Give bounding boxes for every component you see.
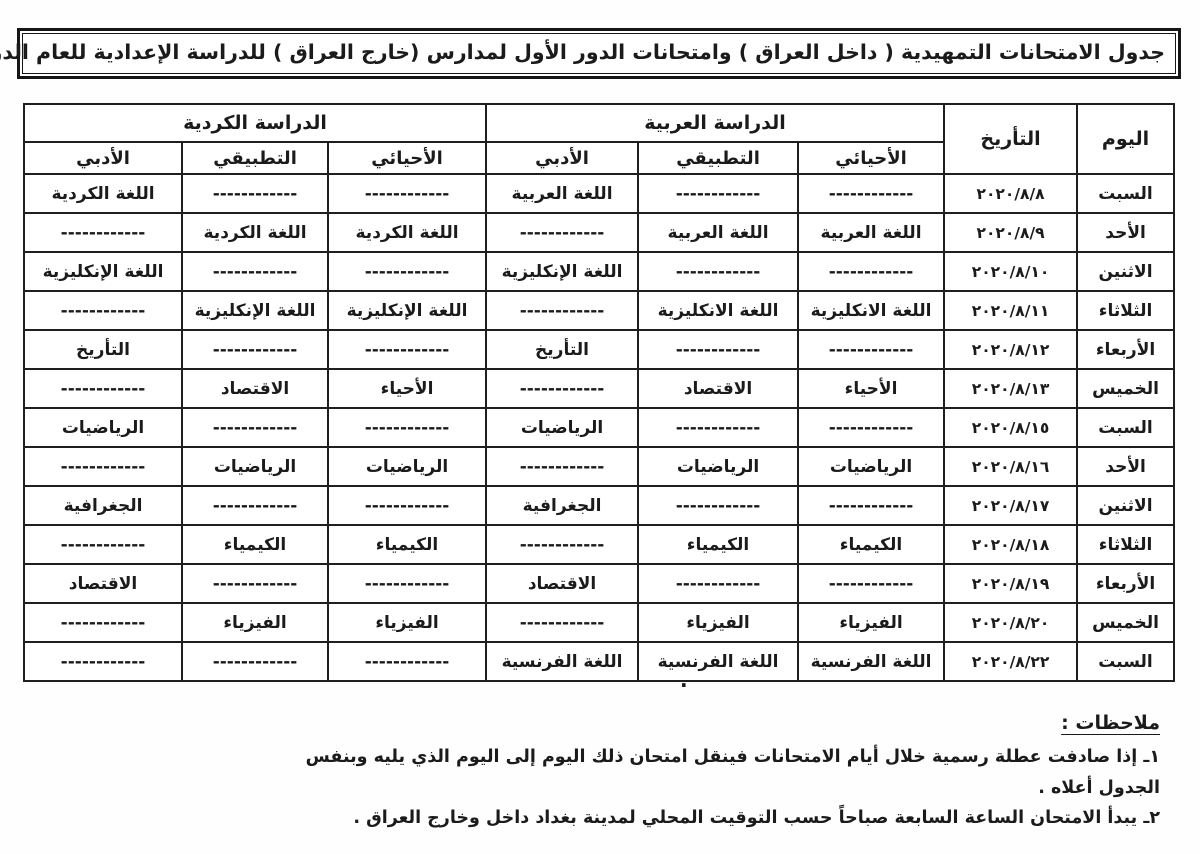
kurdish-literary-cell: الاقتصاد — [24, 564, 182, 603]
kurdish-applied-cell: الرياضيات — [182, 447, 328, 486]
day-cell: الأحد — [1077, 447, 1174, 486]
kurdish-biology-cell: الأحياء — [328, 369, 486, 408]
date-cell: ٢٠٢٠/٨/١٦ — [944, 447, 1077, 486]
date-cell: ٢٠٢٠/٨/١٧ — [944, 486, 1077, 525]
date-cell: ٢٠٢٠/٨/١٢ — [944, 330, 1077, 369]
kurdish-applied-cell: ------------ — [182, 486, 328, 525]
kurdish-literary-header: الأدبي — [24, 142, 182, 174]
arabic-applied-cell: اللغة الانكليزية — [638, 291, 798, 330]
kurdish-applied-cell: ------------ — [182, 564, 328, 603]
arabic-literary-cell: ------------ — [486, 291, 638, 330]
arabic-literary-cell: ------------ — [486, 525, 638, 564]
arabic-literary-cell: ------------ — [486, 213, 638, 252]
arabic-applied-cell: ------------ — [638, 330, 798, 369]
kurdish-biology-cell: ------------ — [328, 174, 486, 213]
arabic-biology-cell: الفيزياء — [798, 603, 944, 642]
table-row: الخميس ٢٠٢٠/٨/١٣ الأحياء الاقتصاد ------… — [24, 369, 1174, 408]
kurdish-applied-cell: ------------ — [182, 174, 328, 213]
arabic-literary-cell: اللغة العربية — [486, 174, 638, 213]
table-row: الاثنين ٢٠٢٠/٨/١٧ ------------ ---------… — [24, 486, 1174, 525]
kurdish-biology-cell: ------------ — [328, 642, 486, 681]
arabic-literary-cell: التأريخ — [486, 330, 638, 369]
arabic-applied-cell: اللغة الفرنسية — [638, 642, 798, 681]
kurdish-biology-cell: ------------ — [328, 330, 486, 369]
day-cell: السبت — [1077, 408, 1174, 447]
date-cell: ٢٠٢٠/٨/١٩ — [944, 564, 1077, 603]
kurdish-applied-cell: اللغة الكردية — [182, 213, 328, 252]
kurdish-literary-cell: الرياضيات — [24, 408, 182, 447]
arabic-literary-cell: اللغة الإنكليزية — [486, 252, 638, 291]
note-item-2: ٢ـ يبدأ الامتحان الساعة السابعة صباحاً ح… — [40, 803, 1160, 834]
table-row: الأحد ٢٠٢٠/٨/١٦ الرياضيات الرياضيات ----… — [24, 447, 1174, 486]
table-row: الاثنين ٢٠٢٠/٨/١٠ ------------ ---------… — [24, 252, 1174, 291]
arabic-applied-cell: الاقتصاد — [638, 369, 798, 408]
arabic-applied-cell: ------------ — [638, 564, 798, 603]
arabic-applied-cell: ------------ — [638, 252, 798, 291]
arabic-applied-cell: ------------ — [638, 174, 798, 213]
kurdish-applied-cell: ------------ — [182, 330, 328, 369]
note-item-1: ١ـ إذا صادفت عطلة رسمية خلال أيام الامتح… — [40, 742, 1160, 803]
arabic-literary-cell: ------------ — [486, 447, 638, 486]
table-row: الأربعاء ٢٠٢٠/٨/١٩ ------------ --------… — [24, 564, 1174, 603]
kurdish-literary-cell: اللغة الكردية — [24, 174, 182, 213]
kurdish-applied-cell: الاقتصاد — [182, 369, 328, 408]
date-cell: ٢٠٢٠/٨/١٣ — [944, 369, 1077, 408]
arabic-applied-cell: الرياضيات — [638, 447, 798, 486]
kurdish-literary-cell: ------------ — [24, 603, 182, 642]
arabic-literary-cell: الاقتصاد — [486, 564, 638, 603]
table-row: الأربعاء ٢٠٢٠/٨/١٢ ------------ --------… — [24, 330, 1174, 369]
arabic-applied-cell: الكيمياء — [638, 525, 798, 564]
arabic-biology-cell: ------------ — [798, 564, 944, 603]
arabic-applied-cell: ------------ — [638, 408, 798, 447]
day-cell: الاثنين — [1077, 252, 1174, 291]
arabic-study-header: الدراسة العربية — [486, 104, 944, 142]
day-cell: الأربعاء — [1077, 330, 1174, 369]
kurdish-biology-cell: الكيمياء — [328, 525, 486, 564]
day-cell: الخميس — [1077, 603, 1174, 642]
kurdish-applied-header: التطبيقي — [182, 142, 328, 174]
table-row: الثلاثاء ٢٠٢٠/٨/١١ اللغة الانكليزية اللغ… — [24, 291, 1174, 330]
date-cell: ٢٠٢٠/٨/٩ — [944, 213, 1077, 252]
day-cell: الخميس — [1077, 369, 1174, 408]
arabic-biology-cell: ------------ — [798, 252, 944, 291]
date-cell: ٢٠٢٠/٨/١٠ — [944, 252, 1077, 291]
kurdish-applied-cell: ------------ — [182, 642, 328, 681]
day-cell: السبت — [1077, 174, 1174, 213]
notes-section: ملاحظات : ١ـ إذا صادفت عطلة رسمية خلال أ… — [40, 712, 1160, 834]
arabic-literary-cell: الرياضيات — [486, 408, 638, 447]
kurdish-biology-cell: اللغة الكردية — [328, 213, 486, 252]
date-column-header: التأريخ — [944, 104, 1077, 174]
arabic-literary-cell: اللغة الفرنسية — [486, 642, 638, 681]
arabic-applied-cell: الفيزياء — [638, 603, 798, 642]
separator-dot: . — [680, 668, 688, 692]
kurdish-literary-cell: ------------ — [24, 642, 182, 681]
table-row: الخميس ٢٠٢٠/٨/٢٠ الفيزياء الفيزياء -----… — [24, 603, 1174, 642]
kurdish-literary-cell: ------------ — [24, 369, 182, 408]
kurdish-applied-cell: الفيزياء — [182, 603, 328, 642]
kurdish-biology-cell: ------------ — [328, 252, 486, 291]
arabic-biology-cell: ------------ — [798, 408, 944, 447]
schedule-body: السبت ٢٠٢٠/٨/٨ ------------ ------------… — [24, 174, 1174, 681]
kurdish-literary-cell: ------------ — [24, 213, 182, 252]
arabic-literary-cell: ------------ — [486, 369, 638, 408]
date-cell: ٢٠٢٠/٨/٨ — [944, 174, 1077, 213]
table-row: السبت ٢٠٢٠/٨/٨ ------------ ------------… — [24, 174, 1174, 213]
table-row: السبت ٢٠٢٠/٨/٢٢ اللغة الفرنسية اللغة الف… — [24, 642, 1174, 681]
kurdish-applied-cell: ------------ — [182, 252, 328, 291]
kurdish-biology-cell: اللغة الإنكليزية — [328, 291, 486, 330]
day-column-header: اليوم — [1077, 104, 1174, 174]
day-cell: الثلاثاء — [1077, 525, 1174, 564]
kurdish-biology-cell: الرياضيات — [328, 447, 486, 486]
date-cell: ٢٠٢٠/٨/١٨ — [944, 525, 1077, 564]
kurdish-literary-cell: الجغرافية — [24, 486, 182, 525]
arabic-biology-cell: الكيمياء — [798, 525, 944, 564]
kurdish-biology-cell: الفيزياء — [328, 603, 486, 642]
kurdish-study-header: الدراسة الكردية — [24, 104, 486, 142]
scanned-exam-schedule-page: { "page": { "background": "#fefefe", "in… — [0, 0, 1200, 854]
arabic-biology-cell: ------------ — [798, 486, 944, 525]
notes-heading: ملاحظات : — [1061, 712, 1160, 734]
kurdish-applied-cell: الكيمياء — [182, 525, 328, 564]
kurdish-literary-cell: ------------ — [24, 447, 182, 486]
kurdish-literary-cell: التأريخ — [24, 330, 182, 369]
kurdish-biology-cell: ------------ — [328, 486, 486, 525]
title-frame: جدول الامتحانات التمهيدية ( داخل العراق … — [17, 28, 1181, 79]
kurdish-applied-cell: اللغة الإنكليزية — [182, 291, 328, 330]
kurdish-literary-cell: ------------ — [24, 525, 182, 564]
arabic-biology-cell: اللغة الفرنسية — [798, 642, 944, 681]
date-cell: ٢٠٢٠/٨/١١ — [944, 291, 1077, 330]
kurdish-applied-cell: ------------ — [182, 408, 328, 447]
arabic-biology-cell: ------------ — [798, 330, 944, 369]
arabic-biology-cell: اللغة الانكليزية — [798, 291, 944, 330]
day-cell: الأحد — [1077, 213, 1174, 252]
arabic-biology-cell: ------------ — [798, 174, 944, 213]
date-cell: ٢٠٢٠/٨/٢٢ — [944, 642, 1077, 681]
arabic-biology-cell: الرياضيات — [798, 447, 944, 486]
day-cell: الثلاثاء — [1077, 291, 1174, 330]
arabic-literary-cell: ------------ — [486, 603, 638, 642]
day-cell: السبت — [1077, 642, 1174, 681]
arabic-biology-cell: اللغة العربية — [798, 213, 944, 252]
exam-schedule-table: اليوم التأريخ الدراسة العربية الدراسة ال… — [23, 103, 1175, 682]
kurdish-biology-cell: ------------ — [328, 564, 486, 603]
day-cell: الأربعاء — [1077, 564, 1174, 603]
kurdish-literary-cell: ------------ — [24, 291, 182, 330]
arabic-literary-cell: الجغرافية — [486, 486, 638, 525]
arabic-applied-header: التطبيقي — [638, 142, 798, 174]
arabic-literary-header: الأدبي — [486, 142, 638, 174]
arabic-biology-cell: الأحياء — [798, 369, 944, 408]
page-title: جدول الامتحانات التمهيدية ( داخل العراق … — [22, 33, 1176, 74]
table-row: الثلاثاء ٢٠٢٠/٨/١٨ الكيمياء الكيمياء ---… — [24, 525, 1174, 564]
arabic-biology-header: الأحيائي — [798, 142, 944, 174]
date-cell: ٢٠٢٠/٨/١٥ — [944, 408, 1077, 447]
kurdish-biology-header: الأحيائي — [328, 142, 486, 174]
day-cell: الاثنين — [1077, 486, 1174, 525]
table-row: السبت ٢٠٢٠/٨/١٥ ------------ -----------… — [24, 408, 1174, 447]
kurdish-biology-cell: ------------ — [328, 408, 486, 447]
arabic-applied-cell: ------------ — [638, 486, 798, 525]
date-cell: ٢٠٢٠/٨/٢٠ — [944, 603, 1077, 642]
arabic-applied-cell: اللغة العربية — [638, 213, 798, 252]
kurdish-literary-cell: اللغة الإنكليزية — [24, 252, 182, 291]
table-row: الأحد ٢٠٢٠/٨/٩ اللغة العربية اللغة العرب… — [24, 213, 1174, 252]
